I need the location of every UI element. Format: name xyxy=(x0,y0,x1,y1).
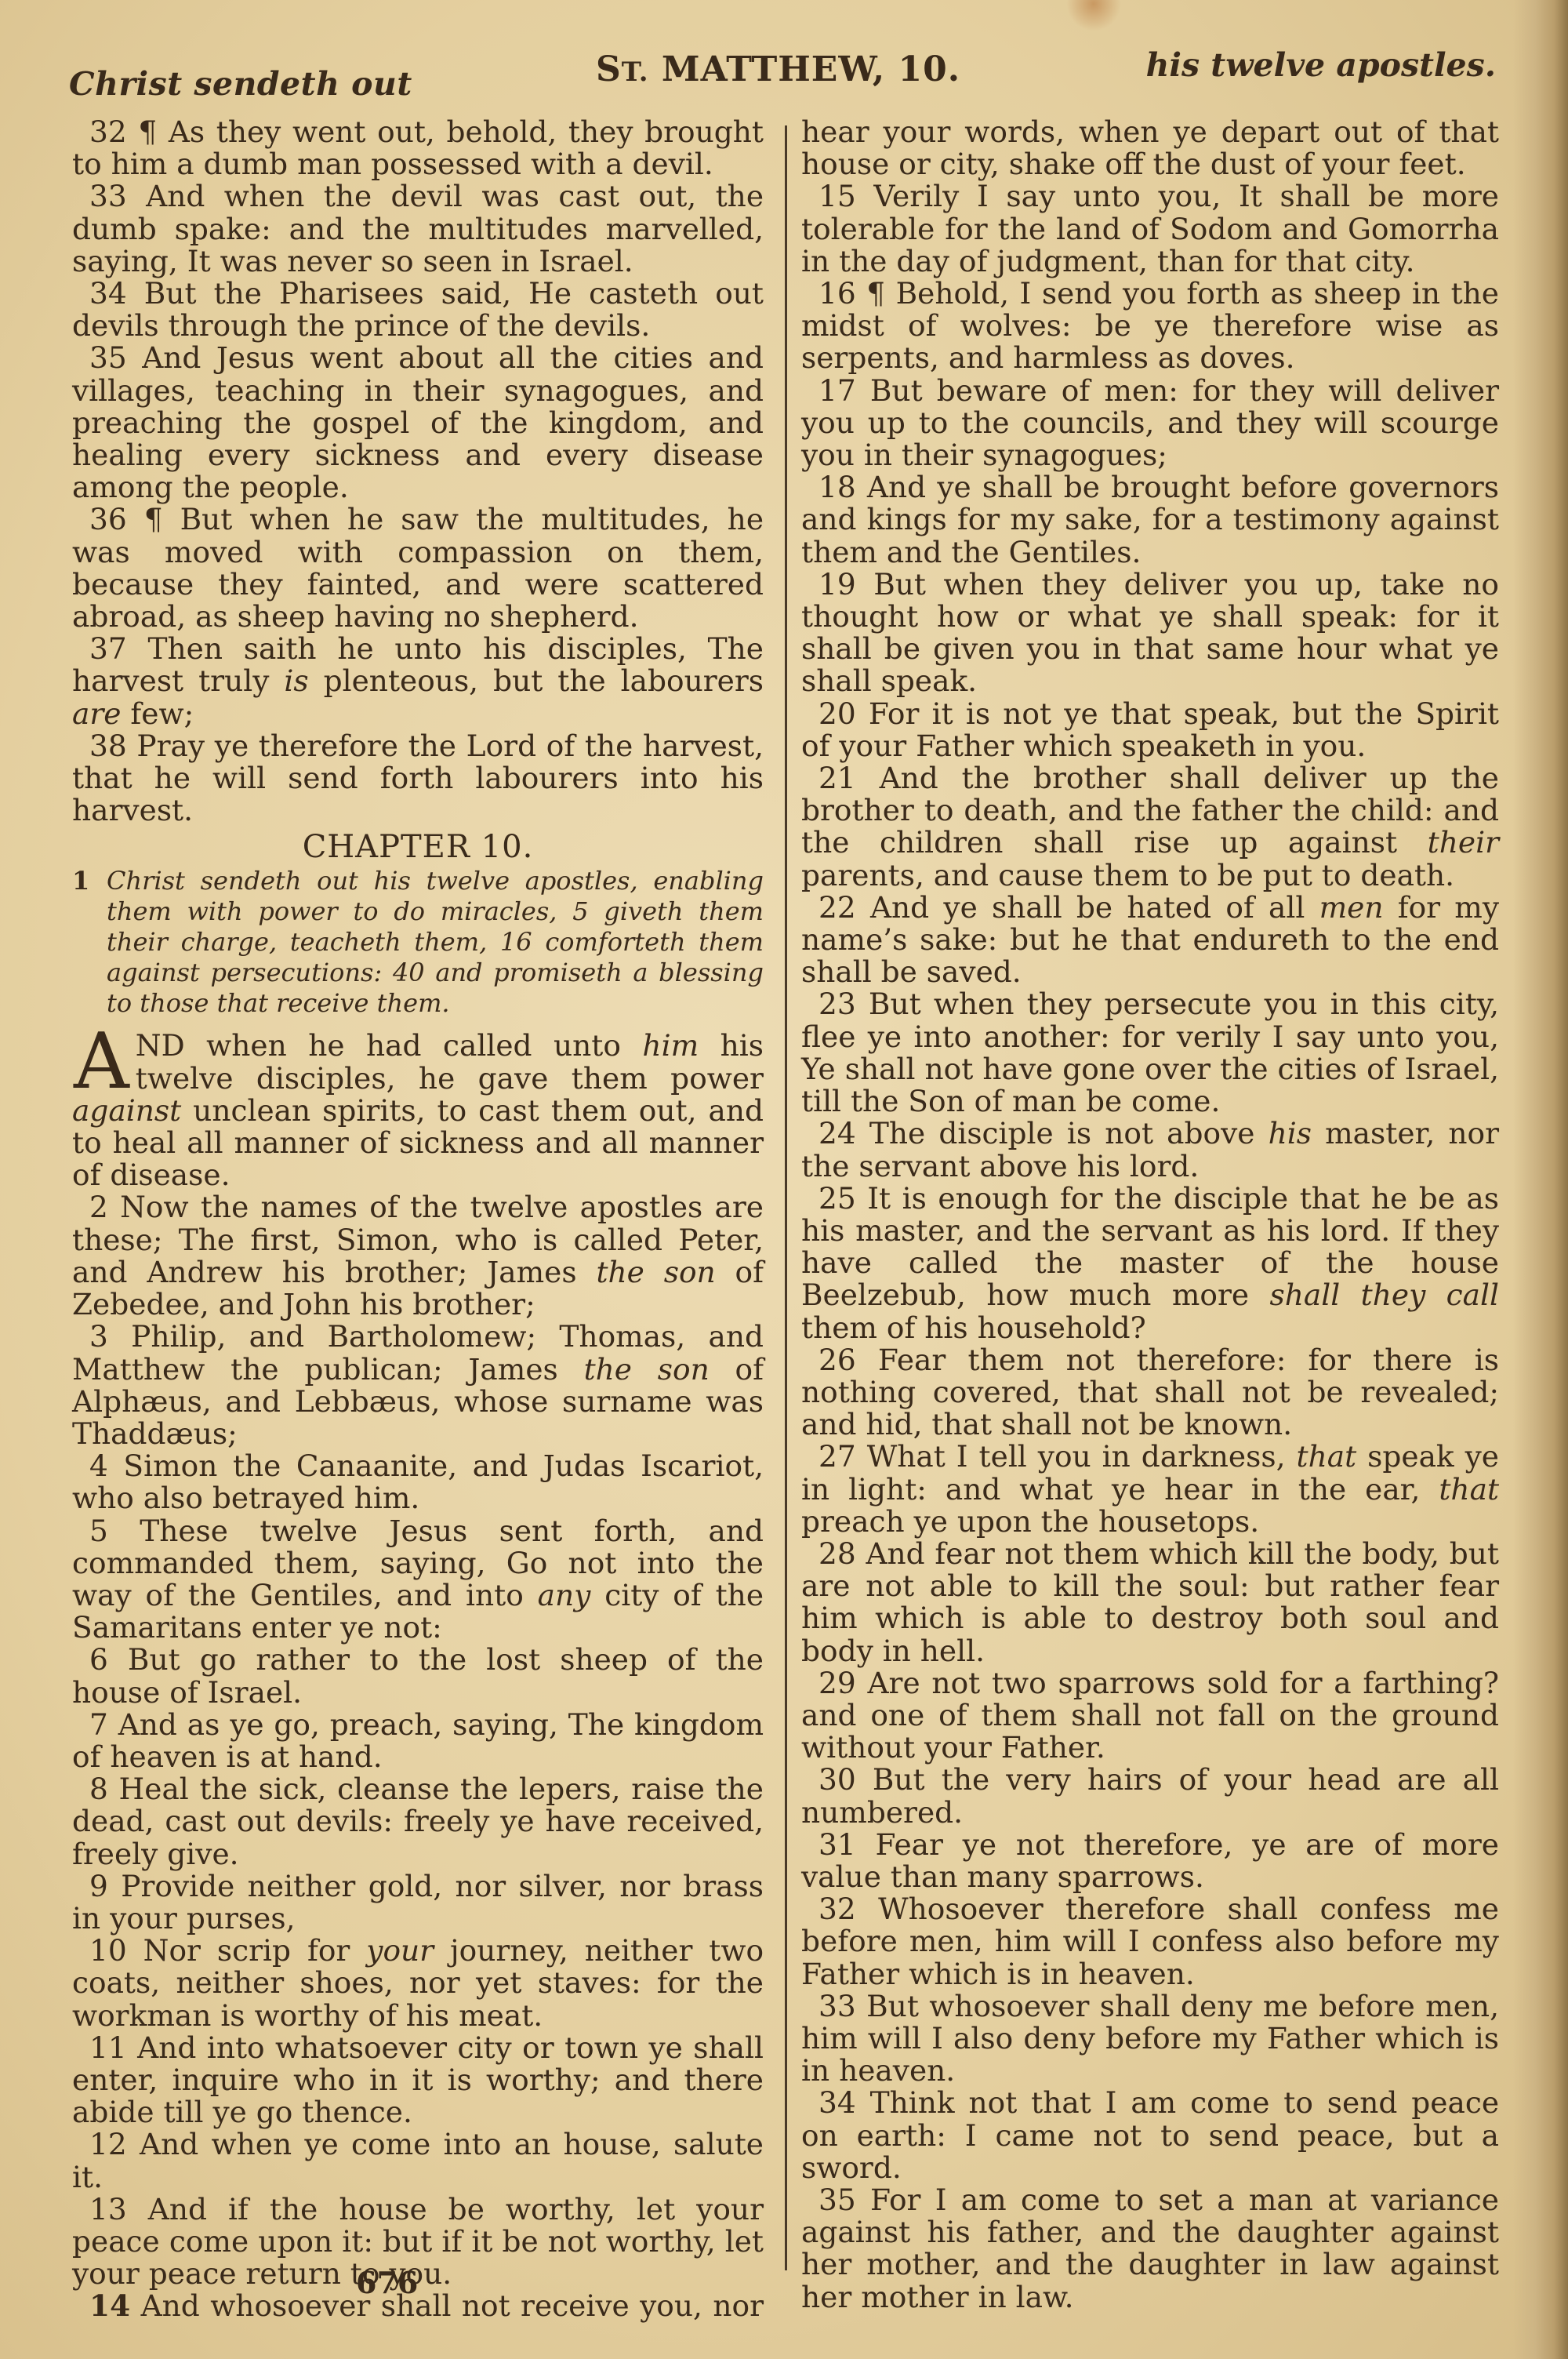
verse-10-7: 7 And as ye go, preach, saying, The king… xyxy=(72,1709,764,1773)
verse-text: But go rather to the lost sheep of the h… xyxy=(72,1642,764,1709)
verse-10-6: 6 But go rather to the lost sheep of the… xyxy=(72,1644,764,1708)
verse-number: 32 xyxy=(818,1892,856,1926)
verse-10-30: 30 But the very hairs of your head are a… xyxy=(801,1764,1499,1828)
verse-10-16: 16 ¶ Behold, I send you forth as sheep i… xyxy=(801,278,1499,375)
verse-text: The disciple is not above xyxy=(869,1116,1255,1150)
verse-number: 14 xyxy=(89,2288,130,2323)
verse-number: 4 xyxy=(89,1448,108,1483)
verse-number: 8 xyxy=(89,1772,108,1806)
verse-text: Behold, I send you forth as sheep in the… xyxy=(801,276,1499,375)
verse-text: But the Pharisees said, He casteth out d… xyxy=(72,276,764,343)
verse-10-11: 11 And into whatsoever city or town ye s… xyxy=(72,2032,764,2129)
verse-number: 36 xyxy=(89,502,127,536)
verse-10-23: 23 But when they persecute you in this c… xyxy=(801,988,1499,1118)
verse-10-9: 9 Provide neither gold, nor silver, nor … xyxy=(72,1870,764,1935)
verse-10-35: 35 For I am come to set a man at varianc… xyxy=(801,2184,1499,2314)
verse-number: 9 xyxy=(89,1869,108,1903)
verse-text: As they went out, behold, they brought t… xyxy=(72,114,764,181)
verse-number: 19 xyxy=(818,567,856,602)
verse-text: And as ye go, preach, saying, The kingdo… xyxy=(72,1707,764,1774)
verse-9-37: 37 Then saith he unto his disciples, The… xyxy=(72,633,764,730)
verse-9-35: 35 And Jesus went about all the cities a… xyxy=(72,342,764,503)
verse-10-21: 21 And the brother shall deliver up the … xyxy=(801,762,1499,892)
column-divider xyxy=(785,125,787,2270)
pilcrow-icon: ¶ xyxy=(866,276,885,311)
italic-supplied-word: the son xyxy=(584,1352,710,1387)
page-number: 676 xyxy=(356,2265,418,2300)
summary-text: Christ sendeth out his twelve apostles, … xyxy=(107,866,764,1018)
verse-number: 33 xyxy=(818,1989,856,2023)
drop-cap: A xyxy=(74,1031,129,1092)
summary-number: 1 xyxy=(72,866,89,896)
verse-text: But beware of men: for they will deliver… xyxy=(801,373,1499,472)
verse-10-22: 22 And ye shall be hated of all men for … xyxy=(801,892,1499,989)
verse-number: 23 xyxy=(818,987,856,1021)
verse-10-5: 5 These twelve Jesus sent forth, and com… xyxy=(72,1515,764,1645)
verse-text: plenteous, but the labourers xyxy=(324,663,764,698)
verse-text: But the very hairs of your head are all … xyxy=(801,1762,1499,1829)
verse-text: Verily I say unto you, It shall be more … xyxy=(801,179,1499,278)
verse-10-24: 24 The disciple is not above his master,… xyxy=(801,1118,1499,1182)
verse-text: For I am come to set a man at variance a… xyxy=(801,2183,1499,2314)
verse-10-25: 25 It is enough for the disciple that he… xyxy=(801,1183,1499,1344)
verse-10-34: 34 Think not that I am come to send peac… xyxy=(801,2087,1499,2184)
verse-10-33: 33 But whosoever shall deny me before me… xyxy=(801,1990,1499,2088)
italic-supplied-word: that xyxy=(1297,1439,1357,1474)
title-initial: S xyxy=(596,49,622,89)
verse-text: Fear ye not therefore, ye are of more va… xyxy=(801,1827,1499,1894)
pilcrow-icon: ¶ xyxy=(138,114,157,149)
verse-10-19: 19 But when they deliver you up, take no… xyxy=(801,569,1499,698)
verse-text: But whosoever shall deny me before men, … xyxy=(801,1989,1499,2088)
smallcaps-opening: ND xyxy=(136,1028,185,1063)
verse-number: 33 xyxy=(89,179,127,213)
verse-number: 34 xyxy=(818,2085,856,2120)
verse-9-38: 38 Pray ye therefore the Lord of the har… xyxy=(72,730,764,827)
page-curl-edge xyxy=(1513,0,1568,2359)
title-smallcaps: T. xyxy=(622,56,649,88)
verse-9-36: 36 ¶ But when he saw the multitudes, he … xyxy=(72,503,764,633)
verse-number: 21 xyxy=(818,761,856,795)
foxing-stain xyxy=(1066,0,1121,31)
verse-text: And Jesus went about all the cities and … xyxy=(72,340,764,504)
verse-number: 32 xyxy=(89,114,127,149)
verse-10-12: 12 And when ye come into an house, salut… xyxy=(72,2128,764,2193)
verse-10-18: 18 And ye shall be brought before govern… xyxy=(801,471,1499,569)
italic-supplied-word: him xyxy=(642,1028,699,1063)
verse-text: And the brother shall deliver up the bro… xyxy=(801,761,1499,860)
verse-text: parents, and cause them to be put to dea… xyxy=(801,858,1454,892)
verse-number: 3 xyxy=(89,1319,108,1354)
verse-text: And ye shall be brought before governors… xyxy=(801,470,1499,569)
verse-number: 13 xyxy=(89,2192,127,2226)
italic-supplied-word: men xyxy=(1319,890,1384,925)
verse-text: them of his household? xyxy=(801,1310,1146,1345)
verse-number: 26 xyxy=(818,1343,856,1377)
verse-9-33: 33 And when the devil was cast out, the … xyxy=(72,180,764,278)
running-head-left: Christ sendeth out xyxy=(69,65,412,103)
left-column: 32 ¶ As they went out, behold, they brou… xyxy=(72,116,764,2323)
verse-9-32: 32 ¶ As they went out, behold, they brou… xyxy=(72,116,764,180)
verse-10-15: 15 Verily I say unto you, It shall be mo… xyxy=(801,180,1499,278)
italic-supplied-word: against xyxy=(72,1093,181,1128)
verse-number: 5 xyxy=(89,1514,108,1548)
verse-number: 37 xyxy=(89,631,127,666)
verse-number: 6 xyxy=(89,1642,108,1677)
italic-supplied-word: that xyxy=(1439,1472,1499,1507)
verse-number: 2 xyxy=(89,1190,108,1224)
verse-10-26: 26 Fear them not therefore: for there is… xyxy=(801,1344,1499,1441)
verse-text: Provide neither gold, nor silver, nor br… xyxy=(72,1869,764,1936)
verse-text: preach ye upon the housetops. xyxy=(801,1504,1259,1539)
chapter-heading: CHAPTER 10. xyxy=(72,830,764,864)
verse-number: 28 xyxy=(818,1536,856,1571)
verse-text: Think not that I am come to send peace o… xyxy=(801,2085,1499,2184)
verse-10-1: AND when he had called unto him his twel… xyxy=(72,1030,764,1191)
verse-number: 11 xyxy=(89,2030,127,2065)
verse-text: Heal the sick, cleanse the lepers, raise… xyxy=(72,1772,764,1870)
verse-text: But when they deliver you up, take no th… xyxy=(801,567,1499,699)
italic-supplied-word: his xyxy=(1269,1116,1312,1150)
verse-text: And when the devil was cast out, the dum… xyxy=(72,179,764,278)
italic-supplied-word: any xyxy=(538,1578,591,1612)
italic-supplied-word: their xyxy=(1428,825,1499,860)
verse-text: Simon the Canaanite, and Judas Iscariot,… xyxy=(72,1448,764,1515)
verse-number: 30 xyxy=(818,1762,856,1797)
verse-number: 7 xyxy=(89,1707,108,1742)
verse-10-27: 27 What I tell you in darkness, that spe… xyxy=(801,1441,1499,1538)
italic-supplied-word: is xyxy=(284,663,308,698)
italic-supplied-word: the son xyxy=(596,1255,715,1289)
verse-number: 25 xyxy=(818,1181,856,1216)
italic-supplied-word: your xyxy=(366,1933,434,1968)
verse-9-34: 34 But the Pharisees said, He casteth ou… xyxy=(72,278,764,342)
italic-supplied-word: shall they call xyxy=(1270,1278,1499,1312)
verse-10-20: 20 For it is not ye that speak, but the … xyxy=(801,698,1499,762)
verse-text: And whosoever shall not receive you, nor xyxy=(141,2288,764,2323)
verse-number: 12 xyxy=(89,2127,127,2161)
verse-number: 27 xyxy=(818,1439,856,1474)
verse-text: few; xyxy=(130,696,194,731)
verse-text: For it is not ye that speak, but the Spi… xyxy=(801,696,1499,763)
verse-text: Whosoever therefore shall confess me bef… xyxy=(801,1892,1499,1990)
verse-number: 20 xyxy=(818,696,856,731)
verse-10-31: 31 Fear ye not therefore, ye are of more… xyxy=(801,1829,1499,1893)
verse-text: And into whatsoever city or town ye shal… xyxy=(72,2030,764,2129)
book-page: Christ sendeth out ST. MATTHEW, 10. his … xyxy=(0,0,1568,2359)
verse-text: Are not two sparrows sold for a farthing… xyxy=(801,1666,1499,1765)
verse-10-4: 4 Simon the Canaanite, and Judas Iscario… xyxy=(72,1450,764,1514)
book-chapter-title: ST. MATTHEW, 10. xyxy=(596,49,960,89)
verse-10-29: 29 Are not two sparrows sold for a farth… xyxy=(801,1667,1499,1765)
italic-supplied-word: are xyxy=(72,696,121,731)
verse-text: And when ye come into an house, salute i… xyxy=(72,2127,764,2194)
verse-text: Nor scrip for xyxy=(143,1933,350,1968)
verse-text: Pray ye therefore the Lord of the harves… xyxy=(72,729,764,827)
verse-number: 18 xyxy=(818,470,856,504)
verse-text: What I tell you in darkness, xyxy=(867,1439,1286,1474)
verse-number: 15 xyxy=(818,179,856,213)
verse-number: 17 xyxy=(818,373,856,408)
verse-10-10: 10 Nor scrip for your journey, neither t… xyxy=(72,1935,764,2032)
verse-10-17: 17 But beware of men: for they will deli… xyxy=(801,375,1499,472)
verse-text: when he had called unto xyxy=(206,1028,621,1063)
verse-text: And fear not them which kill the body, b… xyxy=(801,1536,1499,1668)
verse-10-28: 28 And fear not them which kill the body… xyxy=(801,1538,1499,1667)
verse-number: 10 xyxy=(89,1933,127,1968)
chapter-summary: 1 Christ sendeth out his twelve apostles… xyxy=(72,866,764,1019)
verse-10-32: 32 Whosoever therefore shall confess me … xyxy=(801,1893,1499,1990)
verse-text: And ye shall be hated of all xyxy=(870,890,1305,925)
running-head-right: his twelve apostles. xyxy=(1146,46,1496,84)
verse-number: 31 xyxy=(818,1827,856,1862)
verse-number: 16 xyxy=(818,276,856,311)
verse-10-2: 2 Now the names of the twelve apostles a… xyxy=(72,1191,764,1321)
title-main: MATTHEW, 10. xyxy=(649,49,961,89)
verse-text: But when he saw the multitudes, he was m… xyxy=(72,502,764,634)
right-column: hear your words, when ye depart out of t… xyxy=(801,116,1499,2314)
verse-number: 24 xyxy=(818,1116,856,1150)
pilcrow-icon: ¶ xyxy=(144,502,163,536)
verse-number: 38 xyxy=(89,729,127,763)
running-header: Christ sendeth out ST. MATTHEW, 10. his … xyxy=(69,43,1496,98)
verse-number: 29 xyxy=(818,1666,856,1700)
verse-number: 35 xyxy=(89,340,127,375)
verse-text: But when they persecute you in this city… xyxy=(801,987,1499,1118)
verse-number: 34 xyxy=(89,276,127,311)
verse-text: Fear them not therefore: for there is no… xyxy=(801,1343,1499,1441)
verse-number: 35 xyxy=(818,2183,856,2217)
verse-10-14-continued: hear your words, when ye depart out of t… xyxy=(801,116,1499,180)
verse-10-3: 3 Philip, and Bartholomew; Thomas, and M… xyxy=(72,1321,764,1450)
verse-number: 22 xyxy=(818,890,856,925)
verse-10-8: 8 Heal the sick, cleanse the lepers, rai… xyxy=(72,1773,764,1870)
